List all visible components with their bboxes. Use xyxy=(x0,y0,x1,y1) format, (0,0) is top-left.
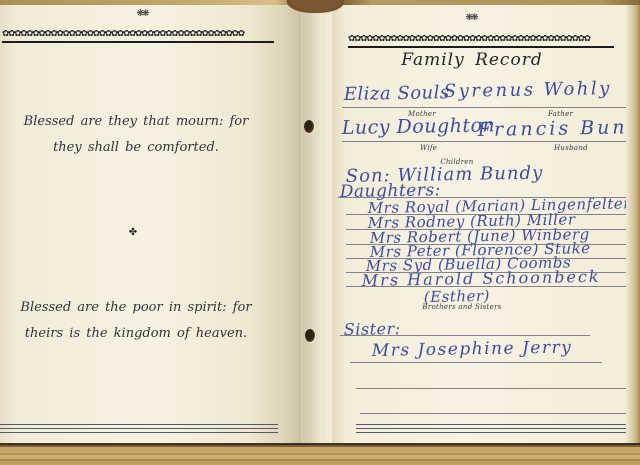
ruled-line xyxy=(342,107,626,108)
book-gutter xyxy=(280,4,332,444)
sister-heading-handwriting: Sister: xyxy=(344,319,401,339)
page-title: Family Record xyxy=(332,50,612,70)
ornament-icon: ❋❋ xyxy=(0,10,284,19)
ruled-line xyxy=(350,362,602,363)
wife-label: Wife xyxy=(420,144,437,152)
page-edge-right xyxy=(626,4,640,444)
father-name-handwriting: Syrenus Wohly xyxy=(444,78,612,102)
right-page: ❋❋ ✿✿✿✿✿✿✿✿✿✿✿✿✿✿✿✿✿✿✿✿✿✿✿✿✿✿✿✿✿✿✿✿✿✿✿✿✿… xyxy=(332,4,626,444)
ornament-icon: ❋❋ xyxy=(332,14,610,23)
verse-poor-line-1: Blessed are the poor in spirit: for xyxy=(8,300,264,315)
verse-mourn-line-1: Blessed are they that mourn: for xyxy=(8,114,264,129)
decorative-border: ✿✿✿✿✿✿✿✿✿✿✿✿✿✿✿✿✿✿✿✿✿✿✿✿✿✿✿✿✿✿✿✿✿✿✿✿✿✿✿✿ xyxy=(2,30,274,43)
verse-poor-line-2: theirs is the kingdom of heaven. xyxy=(8,326,264,341)
triple-rule xyxy=(356,424,626,433)
verse-mourn-line-2: they shall be comforted. xyxy=(8,140,264,155)
ornament-icon: ✤ xyxy=(0,228,264,237)
scanned-book-photo: ❋❋ ✿✿✿✿✿✿✿✿✿✿✿✿✿✿✿✿✿✿✿✿✿✿✿✿✿✿✿✿✿✿✿✿✿✿✿✿✿… xyxy=(0,0,640,465)
husband-name-handwriting: Francis Bun xyxy=(478,116,626,141)
brothers-and-sisters-label: Brothers and Sisters xyxy=(377,303,547,311)
ruled-line xyxy=(342,141,626,142)
mother-name-handwriting: Eliza Souls xyxy=(344,82,450,105)
ruled-line xyxy=(356,388,626,389)
triple-rule xyxy=(0,424,278,433)
husband-label: Husband xyxy=(554,144,588,152)
binder-hole-icon xyxy=(305,329,315,342)
page-edge-bottom xyxy=(0,443,640,465)
binder-hole-icon xyxy=(304,120,314,133)
ruled-line xyxy=(360,413,626,414)
decorative-border: ✿✿✿✿✿✿✿✿✿✿✿✿✿✿✿✿✿✿✿✿✿✿✿✿✿✿✿✿✿✿✿✿✿✿✿✿✿✿✿✿ xyxy=(348,35,614,48)
wife-name-handwriting: Lucy Doughton xyxy=(342,114,496,139)
ruled-line xyxy=(340,335,590,336)
left-page: ❋❋ ✿✿✿✿✿✿✿✿✿✿✿✿✿✿✿✿✿✿✿✿✿✿✿✿✿✿✿✿✿✿✿✿✿✿✿✿✿… xyxy=(0,4,284,444)
sister-name-handwriting: Mrs Josephine Jerry xyxy=(372,338,573,361)
